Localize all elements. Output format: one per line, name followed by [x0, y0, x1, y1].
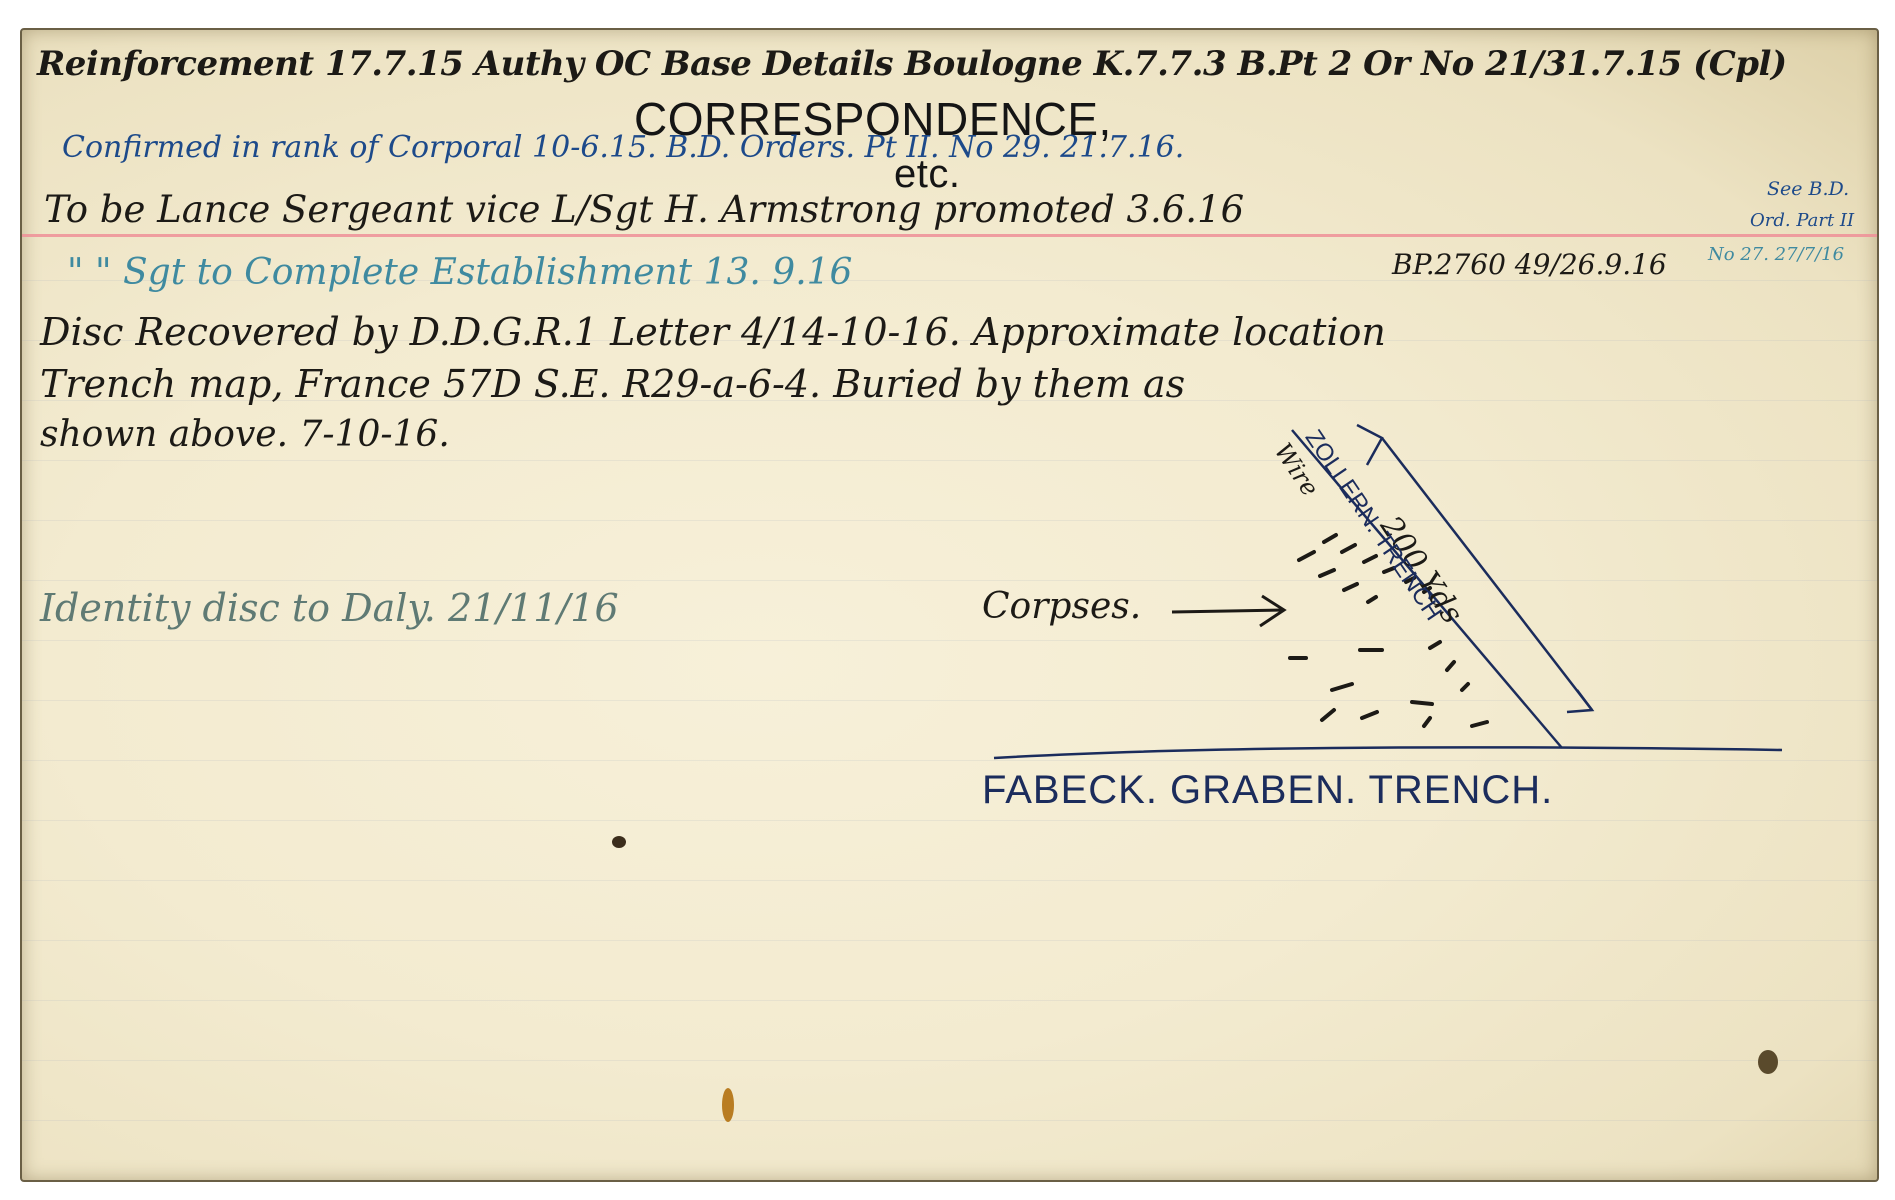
- corpses-arrow-icon: [1172, 596, 1284, 626]
- fabeck-trench-line-icon: [994, 747, 1782, 758]
- sketch-fabeck-trench-label: FABECK. GRABEN. TRENCH.: [982, 768, 1553, 813]
- rust-stain: [722, 1088, 734, 1122]
- ink-spot: [612, 836, 626, 848]
- ink-spot: [1758, 1050, 1778, 1074]
- trench-sketch: [22, 30, 1877, 1180]
- record-card: CORRESPONDENCE, etc. Reinforcement 17.7.…: [20, 28, 1879, 1182]
